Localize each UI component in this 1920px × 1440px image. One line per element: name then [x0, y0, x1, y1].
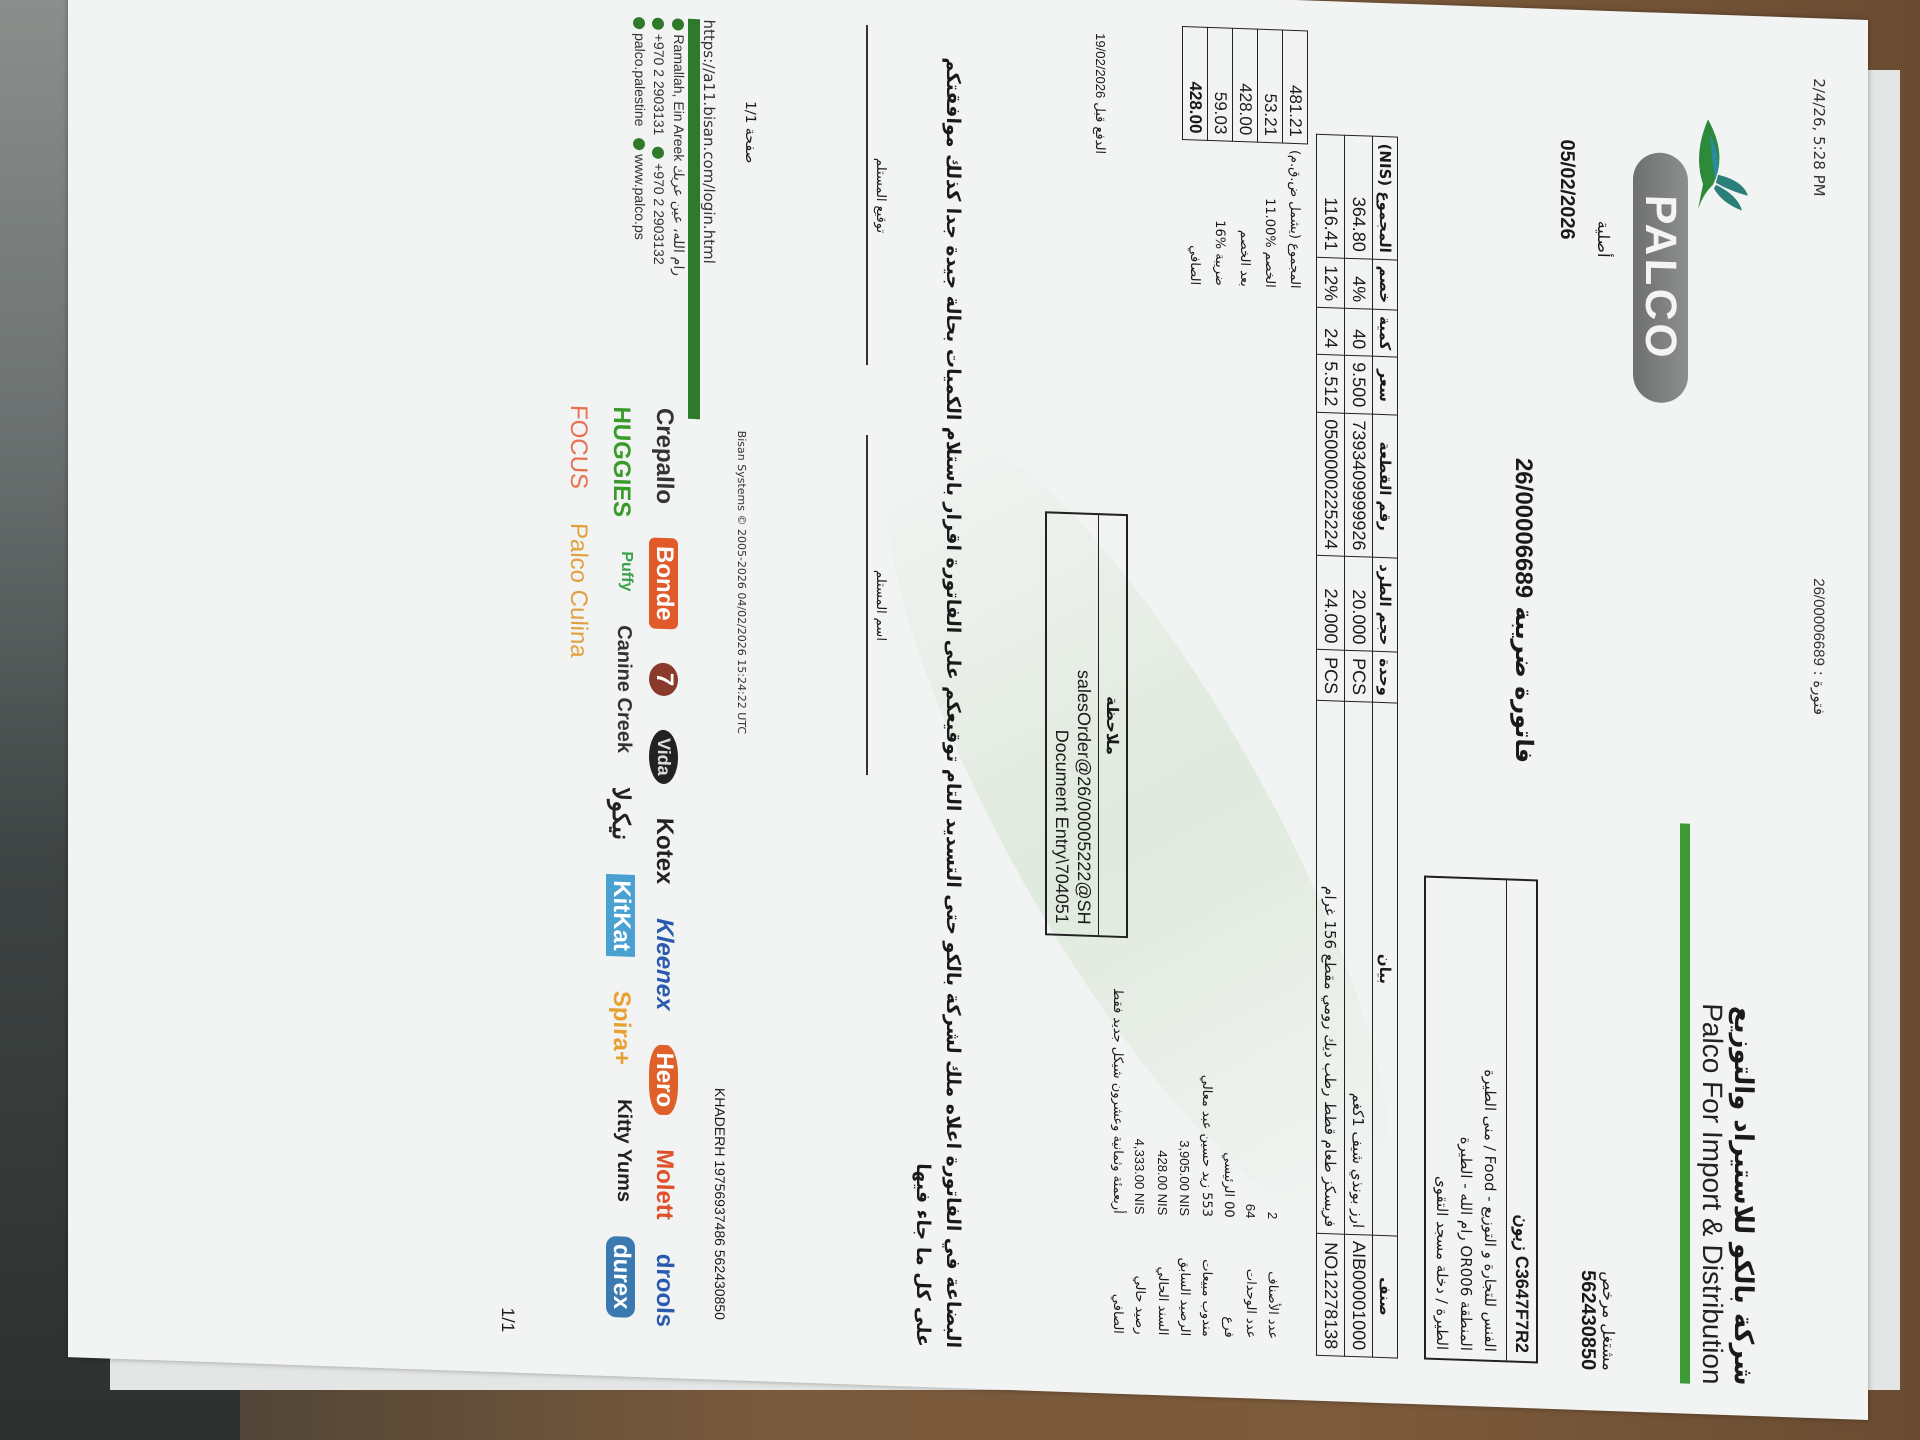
- totals-row-after-discount: بعد الخصم 428.00: [1233, 28, 1258, 293]
- company-name-ar: شركة بالكو للاستيراد والتوزيع: [1728, 825, 1758, 1386]
- invoice-number: 26/00006689: [1510, 457, 1537, 598]
- print-reference: فتورة : 26/00006689: [1810, 578, 1828, 715]
- login-url-link[interactable]: https://a11.bisan.com/login.html: [688, 19, 718, 420]
- table-row: AIB00001000 ارز بونذي شيف 1كغم PCS 20.00…: [1345, 136, 1373, 1358]
- customer-code: C3647F7R2 زبون: [1506, 880, 1536, 1361]
- net-value: 428.00: [1183, 27, 1208, 141]
- current-doc-label: السند الحالي: [1150, 1225, 1172, 1336]
- company-name-en: Palco For Import & Distribution: [1696, 824, 1728, 1385]
- cell-discount: 12%: [1317, 257, 1345, 308]
- brand-logo: Vida: [649, 729, 678, 784]
- cell-total: 116.41: [1317, 135, 1345, 258]
- note-line-2: Document Entry\704051: [1051, 523, 1073, 924]
- receiver-signature-label: توقيع المستلم: [873, 158, 888, 234]
- after-discount-label: بعد الخصم: [1233, 141, 1258, 293]
- totals-row-net: الصافي 428.00: [1183, 27, 1208, 292]
- subtotal-value: 481.21: [1283, 30, 1308, 144]
- licensed-dealer: مشتغل مرخص 562430850: [1576, 1270, 1618, 1372]
- totals-row-discount: الخصم %11.00 53.21: [1258, 29, 1283, 294]
- units-count: 64: [1239, 1204, 1261, 1219]
- prev-balance-label: الرصيد السابق: [1173, 1226, 1195, 1337]
- current-doc-value: 428.00 NIS: [1150, 1150, 1172, 1216]
- receiver-signature-line: توقيع المستلم: [851, 24, 868, 365]
- brand-logo: Kleenex: [649, 918, 678, 1011]
- document-date: 05/02/2026: [1555, 139, 1578, 240]
- print-ref-value: 26/00006689: [1810, 578, 1827, 666]
- printed-by: KHADERH 19756937486 562430850: [712, 1088, 728, 1321]
- cell-price: 9.500: [1345, 355, 1373, 414]
- brand-logo: Puffy: [606, 551, 635, 592]
- brand-logo: Crepallo: [649, 407, 678, 504]
- items-header-row: صنف بيان وحدة حجم الطرد رقم القطعة سعر ك…: [1373, 137, 1398, 1358]
- current-balance-label: رصيد حالي: [1128, 1224, 1150, 1335]
- customer-line-3: الطيرة / دخلة مسجد التقوى: [1430, 886, 1454, 1351]
- fax-icon: [652, 147, 664, 159]
- cell-total: 364.80: [1345, 136, 1373, 259]
- brand-logo: Palco Culina: [564, 522, 592, 658]
- website: www.palco.ps: [632, 154, 648, 240]
- due-date: الدفع قبل 19/02/2026: [1092, 33, 1108, 154]
- items-count: 2: [1261, 1212, 1283, 1220]
- phone-icon: [652, 18, 664, 30]
- brand-logo: 7: [649, 662, 678, 696]
- col-pack-size: حجم الطرد: [1373, 557, 1398, 652]
- location-icon: [672, 18, 684, 30]
- cell-unit: PCS: [1345, 650, 1373, 702]
- due-label: الدفع قبل: [1092, 102, 1107, 154]
- brand-logo: durex: [606, 1235, 635, 1317]
- note-box: ملاحظة salesOrder@26/00005222@SH Documen…: [1045, 511, 1128, 938]
- subtotal-label: المجموع (يشمل ض.ق.م): [1283, 143, 1308, 295]
- col-total: المجموع (NIS): [1373, 137, 1398, 260]
- brand-logo: Molett: [649, 1149, 678, 1221]
- prev-balance-value: 3,905.00 NIS: [1173, 1140, 1195, 1217]
- phone: +970 2 2903131: [651, 34, 667, 136]
- print-ref-label: فتورة :: [1810, 670, 1828, 715]
- items-table: صنف بيان وحدة حجم الطرد رقم القطعة سعر ك…: [1316, 134, 1398, 1358]
- items-count-label: عدد الأصناف: [1261, 1229, 1283, 1340]
- col-discount: خصم: [1373, 259, 1398, 310]
- cell-description: ارز بونذي شيف 1كغم: [1345, 701, 1373, 1235]
- net-label: الصافي: [1183, 140, 1208, 292]
- col-qty: كمية: [1373, 309, 1398, 357]
- amount-words: أربعمئة وثمانية وعشرون شيكل جديد فقط: [1106, 988, 1128, 1214]
- cell-code: NO12278138: [1317, 1233, 1345, 1356]
- brand-logo: drools: [649, 1253, 678, 1327]
- after-discount-value: 428.00: [1233, 28, 1258, 142]
- note-line-1: salesOrder@26/00005222@SH: [1072, 524, 1094, 925]
- company-header: شركة بالكو للاستيراد والتوزيع Palco For …: [1680, 823, 1758, 1386]
- discount-label: الخصم %11.00: [1258, 142, 1283, 294]
- cell-pack-size: 20.000: [1345, 556, 1373, 651]
- address: Ramallah, Ein Areek رام الله، عين عريك: [671, 34, 687, 276]
- cell-pack-size: 24.000: [1317, 555, 1345, 650]
- contact-info: Ramallah, Ein Areek رام الله، عين عريك +…: [629, 17, 688, 277]
- due-value: 19/02/2026: [1093, 33, 1108, 99]
- invoice-document: 2/4/26, 5:28 PM فتورة : 26/00006689 PALC…: [68, 0, 1868, 1420]
- tax-value: 59.03: [1208, 27, 1233, 141]
- customer-line-1: الفنس للتجارة و التوزيع - Food / منى الط…: [1478, 887, 1502, 1352]
- hummingbird-logo-icon: [1688, 114, 1748, 226]
- social-handle: palco.palestine: [632, 33, 648, 127]
- cell-code: AIB00001000: [1345, 1234, 1373, 1357]
- amount-words-label: الصافي: [1106, 1223, 1128, 1334]
- brand-logo: Hero: [649, 1044, 678, 1116]
- customer-box: C3647F7R2 زبون الفنس للتجارة و التوزيع -…: [1424, 875, 1538, 1363]
- brand-logo: FOCUS: [564, 404, 592, 489]
- branch-label: فرع: [1217, 1227, 1239, 1338]
- invoice-title-label: فاتورة ضريبة: [1510, 606, 1538, 764]
- brand-logo: Kitty Yums: [606, 1098, 635, 1202]
- ownership-declaration: البضاعة في الفاتورة اعلاه ملك لشركة بالك…: [907, 26, 968, 1348]
- invoice-title: فاتورة ضريبة 26/00006689: [1509, 457, 1538, 763]
- copy-label: أصلية: [1594, 220, 1613, 257]
- palco-logo: PALCO: [1608, 111, 1758, 436]
- invoice-paper: 2/4/26, 5:28 PM فتورة : 26/00006689 PALC…: [68, 0, 1868, 1420]
- note-label: ملاحظة: [1098, 515, 1126, 936]
- logo-text: PALCO: [1633, 152, 1688, 404]
- totals-table: المجموع (يشمل ض.ق.م) 481.21 الخصم %11.00…: [1182, 26, 1308, 295]
- brand-logo: Canine Creek: [606, 625, 635, 754]
- cell-price: 5.512: [1317, 354, 1345, 413]
- brand-logo: KitKat: [606, 874, 635, 958]
- page-count: 1/1: [497, 1307, 518, 1333]
- fax: +970 2 2903132: [651, 163, 667, 265]
- cell-qty: 24: [1317, 307, 1345, 355]
- totals-row-tax: ضريبة %16 59.03: [1208, 27, 1233, 292]
- brand-logos: Crepallo Bonde 7 Vida Kotex Kleenex Hero…: [564, 404, 678, 1358]
- invoice-summary: عدد الأصناف2 عدد الوحدات64 فرع00 الرئيسي…: [1106, 953, 1283, 1339]
- salesman-label: مندوب مبيعات: [1195, 1226, 1217, 1337]
- brand-logo: Spira+: [606, 990, 635, 1065]
- brand-logo: Bonde: [649, 537, 678, 629]
- brand-logo: HUGGIES: [606, 406, 635, 518]
- brand-bar: [1680, 823, 1690, 1383]
- cell-barcode: 7393409999926: [1345, 413, 1373, 557]
- cell-discount: 4%: [1345, 258, 1373, 309]
- licensed-number: 562430850: [1576, 1270, 1599, 1371]
- brand-logo: نيكولا: [606, 786, 635, 840]
- col-code: صنف: [1373, 1235, 1398, 1358]
- col-description: بيان: [1373, 702, 1398, 1236]
- table-row: NO12278138 فريسكز طعام قطط رطب ديك رومي …: [1317, 135, 1345, 1357]
- discount-value: 53.21: [1258, 29, 1283, 143]
- branch-value: 00 الرئيسي: [1217, 1152, 1239, 1218]
- salesman-value: 553 زيد حسين عبد معالي: [1195, 1074, 1217, 1217]
- globe-icon: [633, 138, 645, 150]
- brand-logo: Kotex: [649, 817, 678, 885]
- receiver-name-line: اسم المستلم: [851, 434, 868, 775]
- cell-barcode: 0500000225224: [1317, 412, 1345, 556]
- receiver-name-label: اسم المستلم: [873, 570, 888, 641]
- col-price: سعر: [1373, 356, 1398, 415]
- col-barcode: رقم القطعة: [1373, 414, 1398, 558]
- facebook-icon: [633, 17, 645, 29]
- cell-qty: 40: [1345, 308, 1373, 356]
- licensed-label: مشتغل مرخص: [1599, 1271, 1618, 1371]
- units-count-label: عدد الوحدات: [1239, 1228, 1261, 1339]
- software-copyright: Bisan Systems © 2005-2026 04/02/2026 15:…: [735, 430, 748, 734]
- cell-description: فريسكز طعام قطط رطب ديك رومي مقطع 156 غر…: [1317, 700, 1345, 1234]
- customer-line-2: المنطقة OR006 رام الله - الطيرة: [1454, 887, 1478, 1352]
- cell-unit: PCS: [1317, 649, 1345, 701]
- page-number: صفحة 1/1: [742, 101, 758, 164]
- current-balance-value: 4,333.00 NIS: [1128, 1138, 1150, 1215]
- tax-label: ضريبة %16: [1208, 140, 1233, 292]
- totals-row-subtotal: المجموع (يشمل ض.ق.م) 481.21: [1283, 30, 1308, 295]
- col-unit: وحدة: [1373, 651, 1398, 703]
- print-timestamp: 2/4/26, 5:28 PM: [1810, 78, 1828, 197]
